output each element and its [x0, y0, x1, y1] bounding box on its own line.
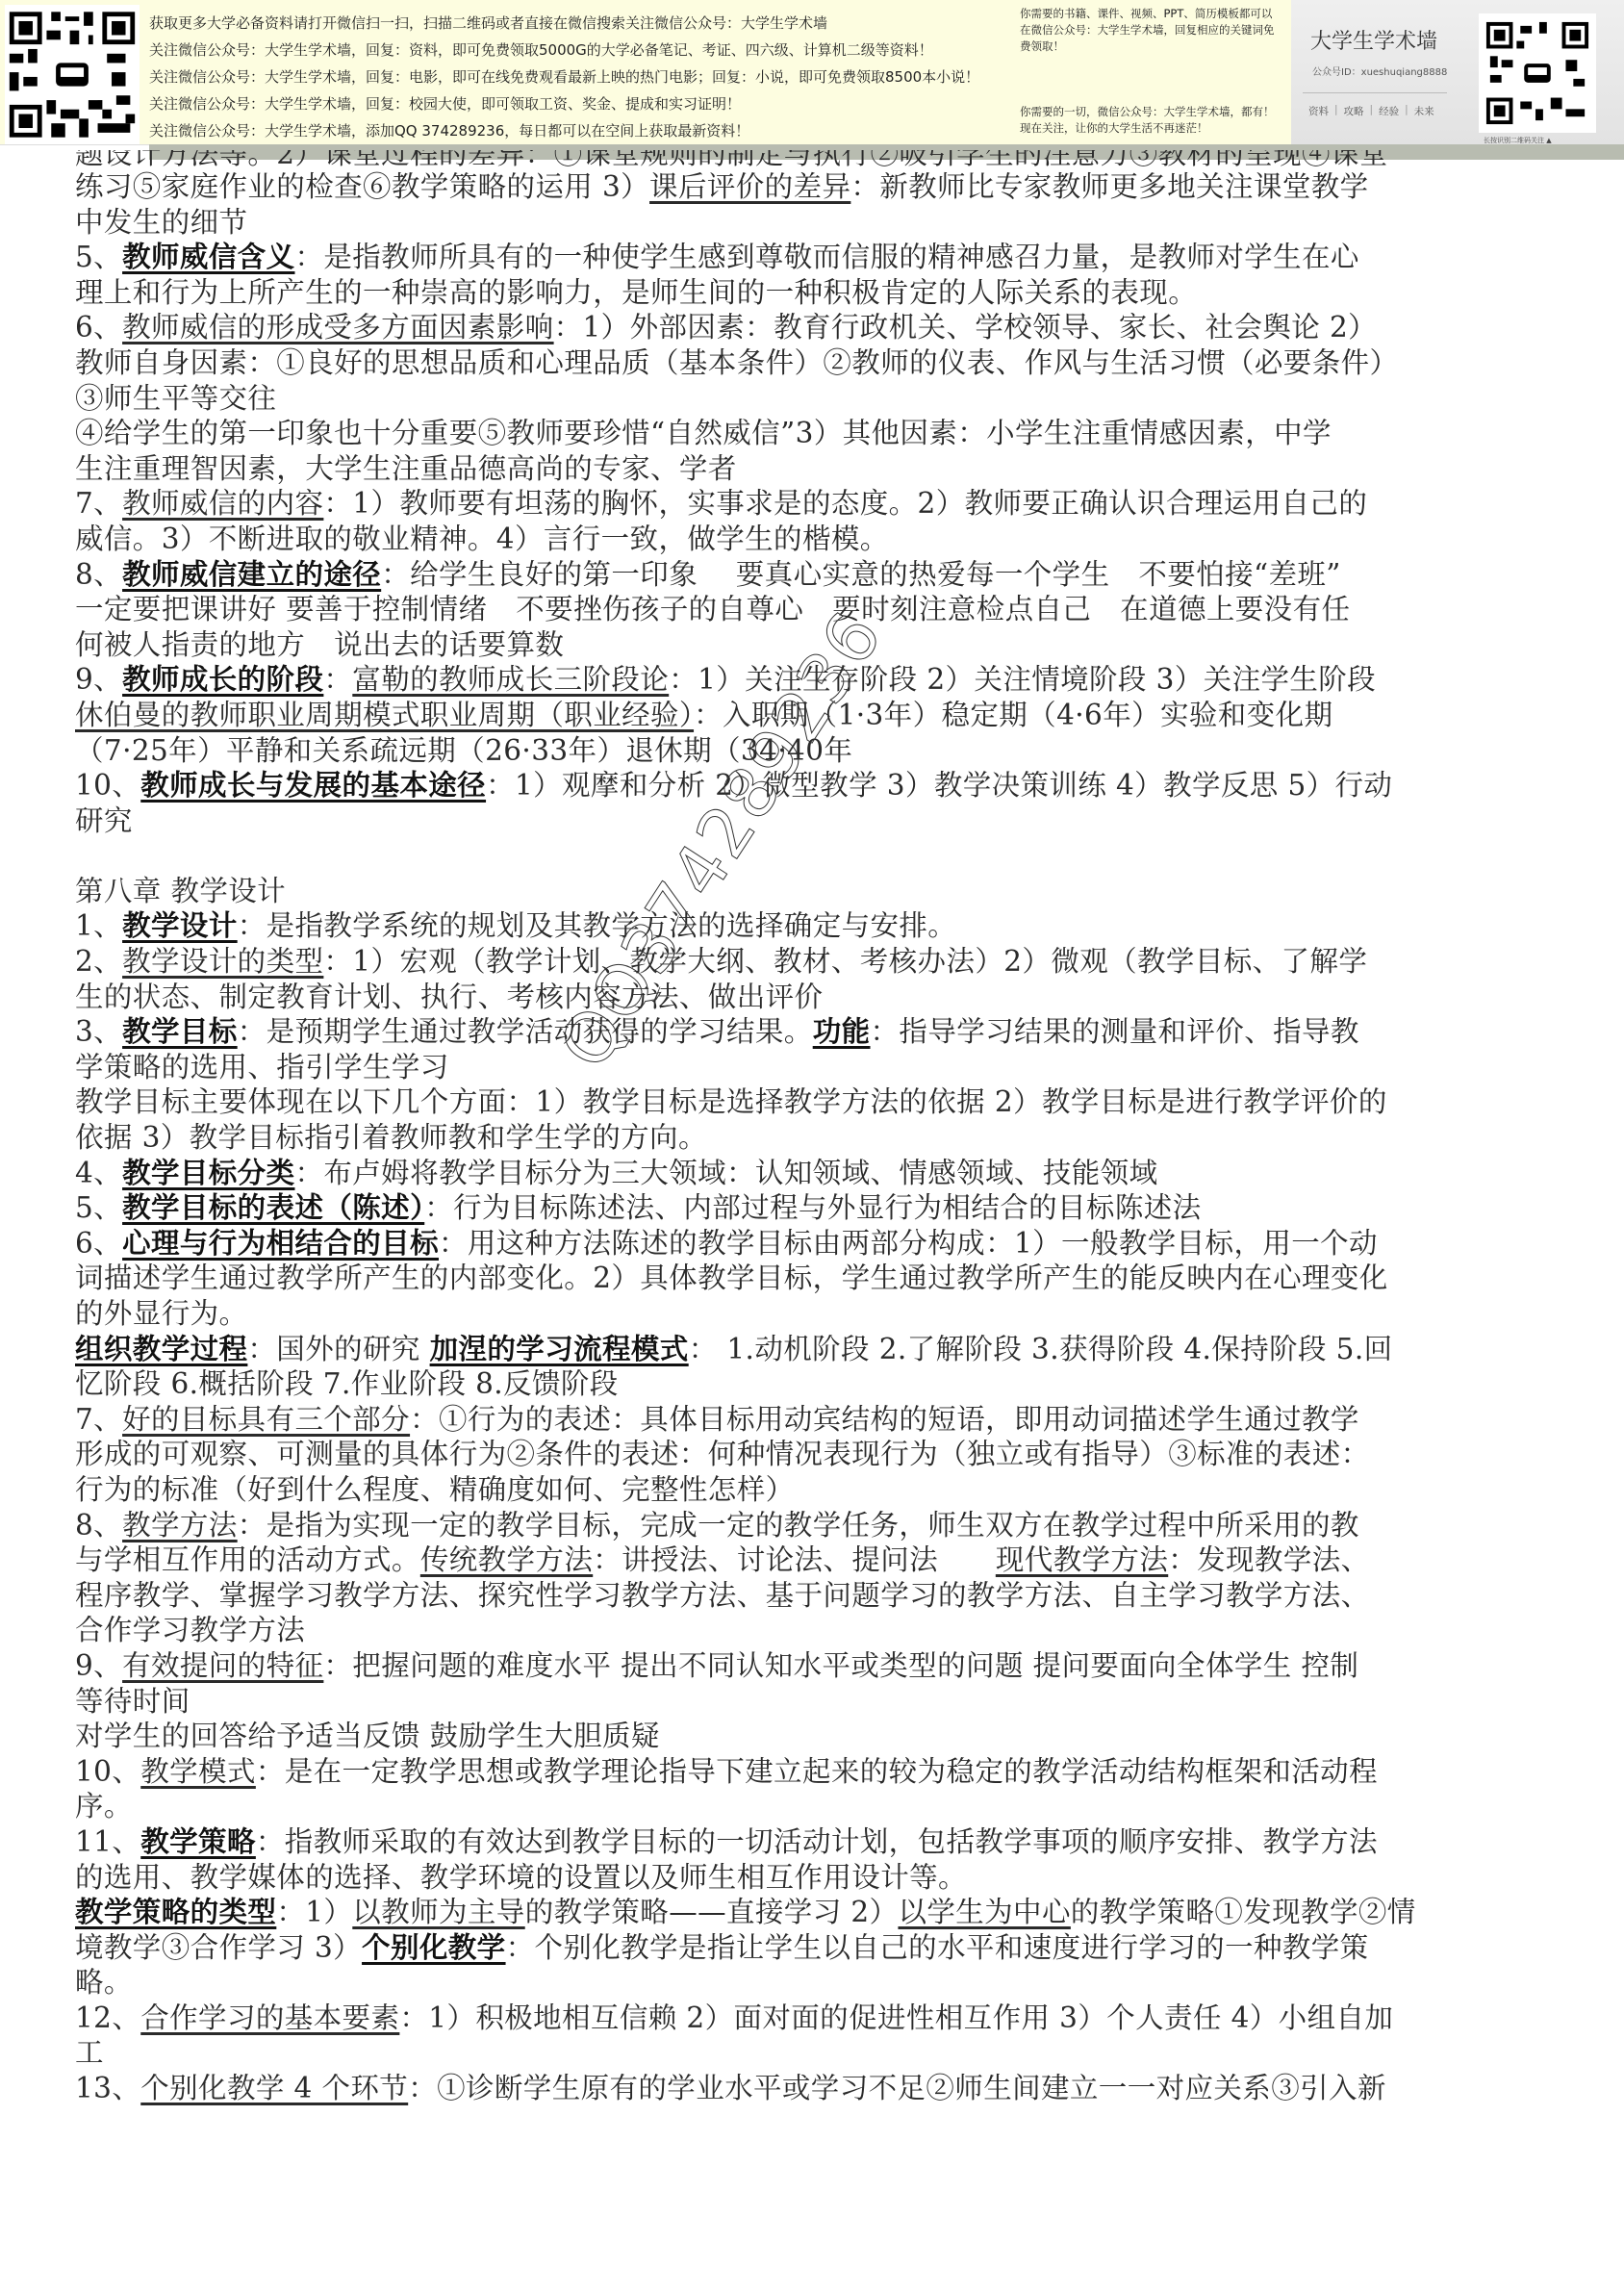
item-number: 10、 — [75, 1755, 140, 1788]
menu-item: 经验 — [1379, 104, 1399, 118]
term: 富勒的教师成长三阶段论 — [352, 663, 669, 696]
term: 教师威信含义 — [122, 240, 294, 273]
text-line: 中发生的细节 — [75, 205, 1557, 241]
text-line: 词描述学生通过教学所产生的内部变化。2）具体教学目标，学生通过教学所产生的能反映… — [75, 1261, 1557, 1296]
line-text: ：布卢姆将教学目标分为三大领域：认知领域、情感领域、技能领域 — [294, 1157, 1157, 1189]
line-text: ：给学生良好的第一印象 要真心实意的热爱每一个学生 不要怕接“差班” — [381, 558, 1341, 591]
item-number: 7、 — [75, 487, 122, 520]
divider — [1303, 92, 1447, 93]
separator: | — [1405, 104, 1408, 118]
term: 组织教学过程 — [75, 1332, 247, 1365]
promo-text-lines: 获取更多大学必备资料请打开微信扫一扫，扫描二维码或者直接在微信搜索关注微信公众号… — [149, 10, 996, 144]
text-line: （7·25年）平静和关系疏远期（26·33年）退休期（34·40年 — [75, 733, 1557, 769]
item-number: 1、 — [75, 909, 122, 942]
item-number: 12、 — [75, 2001, 140, 2034]
text-line: 依据 3）教学目标指引着教师教和学生学的方向。 — [75, 1120, 1557, 1156]
term: 教学策略 — [140, 1824, 256, 1858]
qr-code-left — [5, 5, 140, 144]
text-line: 对学生的回答给予适当反馈 鼓励学生大胆质疑 — [75, 1719, 1557, 1754]
item-number: 11、 — [75, 1825, 140, 1858]
ch8-item-2: 2、教学设计的类型：1）宏观（教学计划、教学大纲、教材、考核办法）2）微观（教学… — [75, 944, 1557, 980]
ch8-item-1: 1、教学设计：是指教学系统的规划及其教学方法的选择确定与安排。 — [75, 908, 1557, 944]
promo-line: 关注微信公众号：大学生学术墙，回复：资料，即可免费领取5000G的大学必备笔记、… — [149, 37, 996, 64]
promo-banner: 获取更多大学必备资料请打开微信扫一扫，扫描二维码或者直接在微信搜索关注微信公众号… — [0, 0, 1624, 144]
spacer — [75, 838, 1557, 874]
item-number: 2、 — [75, 945, 122, 978]
term: 以教师为主导 — [352, 1896, 524, 1928]
line-text: ：1）教师要有坦荡的胸怀，实事求是的态度。2）教师要正确认识合理运用自己的 — [323, 487, 1367, 520]
term: 现代教学方法 — [996, 1543, 1168, 1576]
line-text: ：把握问题的难度水平 提出不同认知水平或类型的问题 提问要面向全体学生 控制 — [323, 1649, 1358, 1682]
term: 个别化教学 — [362, 1930, 506, 1964]
promo-line: 关注微信公众号：大学生学术墙，回复：校园大使，即可领取工资、奖金、提成和实习证明… — [149, 90, 996, 117]
term: 教学模式 — [140, 1755, 256, 1788]
item-7: 7、教师威信的内容：1）教师要有坦荡的胸怀，实事求是的态度。2）教师要正确认识合… — [75, 486, 1557, 522]
text-line: 等待时间 — [75, 1684, 1557, 1720]
line-text: ：国外的研究 — [247, 1333, 429, 1365]
line-text: ： 1.动机阶段 2.了解阶段 3.获得阶段 4.保持阶段 5.回 — [689, 1333, 1393, 1365]
text-line: 休伯曼的教师职业周期模式职业周期（职业经验）：入职期（1·3年）稳定期（4·6年… — [75, 698, 1557, 733]
text-line: 行为的标准（好到什么程度、精确度如何、完整性怎样） — [75, 1472, 1557, 1508]
qr-code-right — [1479, 13, 1596, 133]
account-menu: 资料| 攻略| 经验| 未来 — [1308, 104, 1434, 118]
item-6: 6、教师威信的形成受多方面因素影响：1）外部因素：教育行政机关、学校领导、家长、… — [75, 310, 1557, 345]
term: 教学目标 — [122, 1014, 238, 1048]
text-line: 的外显行为。 — [75, 1296, 1557, 1332]
text-line: 一定要把课讲好 要善于控制情绪 不要挫伤孩子的自尊心 要时刻注意检点自己 在道德… — [75, 592, 1557, 627]
text-line: 生注重理智因素，大学生注重品德高尚的专家、学者 — [75, 451, 1557, 487]
term: 传统教学方法 — [420, 1543, 593, 1576]
line-text: ：1）观摩和分析 2）微型教学 3）教学决策训练 4）教学反思 5）行动 — [486, 769, 1392, 802]
line-text: ：新教师比专家教师更多地关注课堂教学 — [850, 170, 1368, 203]
line-text: 的教学策略——直接学习 2） — [525, 1896, 899, 1928]
line-text: ：1） — [276, 1896, 352, 1928]
promo-note-top: 你需要的书籍、课件、视频、PPT、简历模板都可以在微信公众号：大学生学术墙，回复… — [1020, 6, 1280, 55]
menu-item: 攻略 — [1344, 104, 1364, 118]
text-line: 略。 — [75, 1965, 1557, 2001]
text-line: 境教学③合作学习 3）个别化教学：个别化教学是指让学生以自己的水平和速度进行学习… — [75, 1930, 1557, 1966]
line-text: ：指教师采取的有效达到教学目标的一切活动计划，包括教学事项的顺序安排、教学方法 — [256, 1825, 1378, 1858]
promo-line: 关注微信公众号：大学生学术墙，回复：电影，即可在线免费观看最新上映的热门电影；回… — [149, 64, 996, 90]
account-card: 大学生学术墙 公众号ID：xueshuqiang8888 资料| 攻略| 经验|… — [1291, 0, 1624, 146]
ch8-item-5: 5、教学目标的表述（陈述）：行为目标陈述法、内部过程与外显行为相结合的目标陈述法 — [75, 1190, 1557, 1226]
account-id: 公众号ID：xueshuqiang8888 — [1312, 64, 1447, 78]
line-text: ：发现教学法、 — [1168, 1543, 1369, 1576]
text-line: 教学目标主要体现在以下几个方面：1）教学目标是选择教学方法的依据 2）教学目标是… — [75, 1084, 1557, 1120]
ch8-item-3: 3、教学目标：是预期学生通过教学活动获得的学习结果。功能：指导学习结果的测量和评… — [75, 1014, 1557, 1050]
term: 教学设计 — [122, 908, 238, 942]
item-number: 8、 — [75, 1509, 122, 1542]
item-8: 8、教师威信建立的途径：给学生良好的第一印象 要真心实意的热爱每一个学生 不要怕… — [75, 557, 1557, 593]
item-number: 9、 — [75, 663, 122, 696]
ch8-item-12: 12、合作学习的基本要素：1）积极地相互信赖 2）面对面的促进性相互作用 3）个… — [75, 2001, 1557, 2036]
line-text: ：指导学习结果的测量和评价、指导教 — [871, 1015, 1359, 1048]
line-text: ： — [323, 663, 352, 696]
separator: | — [1370, 104, 1374, 118]
term: 心理与行为相结合的目标 — [122, 1226, 439, 1260]
term: 有效提问的特征 — [122, 1649, 323, 1682]
term: 教学方法 — [122, 1509, 238, 1542]
term: 以学生为中心 — [898, 1896, 1070, 1928]
line-text: ：行为目标陈述法、内部过程与外显行为相结合的目标陈述法 — [424, 1191, 1201, 1224]
line-text: ：个别化教学是指让学生以自己的水平和速度进行学习的一种教学策 — [506, 1931, 1369, 1964]
item-10: 10、教师成长与发展的基本途径：1）观摩和分析 2）微型教学 3）教学决策训练 … — [75, 768, 1557, 803]
line-text: ：是指教学系统的规划及其教学方法的选择确定与安排。 — [238, 909, 957, 942]
text-line: 与学相互作用的活动方式。传统教学方法：讲授法、讨论法、提问法 现代教学方法：发现… — [75, 1542, 1557, 1578]
term: 教学目标分类 — [122, 1156, 294, 1189]
item-number: 6、 — [75, 311, 122, 344]
ch8-item-13: 13、个别化教学 4 个环节：①诊断学生原有的学业水平或学习不足②师生间建立一一… — [75, 2071, 1557, 2106]
term: 教师威信的形成受多方面因素影响 — [122, 311, 554, 344]
line-text: ：1）外部因素：教育行政机关、学校领导、家长、社会舆论 2） — [554, 311, 1377, 344]
item-number: 8、 — [75, 558, 122, 591]
text-line: 理上和行为上所产生的一种崇高的影响力，是师生间的一种积极肯定的人际关系的表现。 — [75, 275, 1557, 311]
text-line: 忆阶段 6.概括阶段 7.作业阶段 8.反馈阶段 — [75, 1366, 1557, 1402]
text-line: ③师生平等交往 — [75, 381, 1557, 417]
term: 个别化教学 4 个环节 — [140, 2072, 408, 2104]
term: 教师威信建立的途径 — [122, 557, 381, 591]
menu-item: 资料 — [1308, 104, 1329, 118]
line-text: 的教学策略①发现教学②情 — [1071, 1896, 1416, 1928]
term: 教学目标的表述（陈述） — [122, 1190, 424, 1224]
text-line: 的选用、教学媒体的选择、教学环境的设置以及师生相互作用设计等。 — [75, 1860, 1557, 1896]
text-line: 练习⑤家庭作业的检查⑥教学策略的运用 3）课后评价的差异：新教师比专家教师更多地… — [75, 169, 1557, 205]
ch8-item-7: 7、好的目标具有三个部分：①行为的表述：具体目标用动宾结构的短语，即用动词描述学… — [75, 1402, 1557, 1438]
separator: | — [1334, 104, 1338, 118]
line-text: ：是指教师所具有的一种使学生感到尊敬而信服的精神感召力量，是教师对学生在心 — [294, 241, 1358, 273]
text-line: 题设计方法等。2）课堂过程的差异：①课堂规则的制定与执行②吸引学生的注意力③教材… — [75, 150, 1557, 169]
term: 教学设计的类型 — [122, 945, 323, 978]
line-text: ：入职期（1·3年）稳定期（4·6年）实验和变化期 — [694, 699, 1332, 731]
item-number: 9、 — [75, 1649, 122, 1682]
ch8-item-11: 11、教学策略：指教师采取的有效达到教学目标的一切活动计划，包括教学事项的顺序安… — [75, 1824, 1557, 1860]
ch8-item-10: 10、教学模式：是在一定教学思想或教学理论指导下建立起来的较为稳定的教学活动结构… — [75, 1754, 1557, 1790]
item-number: 5、 — [75, 1191, 122, 1224]
organize-teaching: 组织教学过程：国外的研究 加涅的学习流程模式： 1.动机阶段 2.了解阶段 3.… — [75, 1332, 1557, 1367]
item-5: 5、教师威信含义：是指教师所具有的一种使学生感到尊敬而信服的精神感召力量，是教师… — [75, 240, 1557, 275]
text-line: 生的状态、制定教育计划、执行、考核内容方法、做出评价 — [75, 980, 1557, 1015]
line-text: ：1）关注生存阶段 2）关注情境阶段 3）关注学生阶段 — [669, 663, 1376, 696]
item-number: 4、 — [75, 1157, 122, 1189]
term: 休伯曼的教师职业周期模式职业周期（职业经验） — [75, 699, 694, 731]
chapter-title: 第八章 教学设计 — [75, 874, 1557, 909]
ch8-item-6: 6、心理与行为相结合的目标：用这种方法陈述的教学目标由两部分构成：1）一般教学目… — [75, 1226, 1557, 1262]
line-text: ：是指为实现一定的教学目标，完成一定的教学任务，师生双方在教学过程中所采用的教 — [238, 1509, 1359, 1542]
menu-item: 未来 — [1414, 104, 1434, 118]
promo-note-bottom: 你需要的一切，微信公众号：大学生学术墙，都有！现在关注，让你的大学生活不再迷茫！ — [1020, 104, 1280, 137]
text-line: 工 — [75, 2035, 1557, 2071]
text-line: 教师自身因素：①良好的思想品质和心理品质（基本条件）②教师的仪表、作风与生活习惯… — [75, 345, 1557, 381]
text-line: 何被人指责的地方 说出去的话要算数 — [75, 627, 1557, 663]
line-text: 与学相互作用的活动方式。 — [75, 1543, 420, 1576]
promo-line: 关注微信公众号：大学生学术墙，添加QQ 374289236，每日都可以在空间上获… — [149, 117, 996, 144]
account-name: 大学生学术墙 — [1310, 25, 1437, 55]
line-text: ：①诊断学生原有的学业水平或学习不足②师生间建立一一对应关系③引入新 — [408, 2072, 1386, 2104]
term: 功能 — [813, 1014, 871, 1048]
term: 教学策略的类型 — [75, 1895, 276, 1928]
line-text: ：1）宏观（教学计划、教学大纲、教材、考核办法）2）微观（教学目标、了解学 — [323, 945, 1367, 978]
text-line: 威信。3）不断进取的敬业精神。4）言行一致，做学生的楷模。 — [75, 522, 1557, 557]
ch8-item-4: 4、教学目标分类：布卢姆将教学目标分为三大领域：认知领域、情感领域、技能领域 — [75, 1156, 1557, 1191]
term: 教师成长与发展的基本途径 — [140, 768, 486, 802]
text-line: 程序教学、掌握学习教学方法、探究性学习教学方法、基于问题学习的教学方法、自主学习… — [75, 1578, 1557, 1614]
text-line: ④给学生的第一印象也十分重要⑤教师要珍惜“自然威信”3）其他因素：小学生注重情感… — [75, 416, 1557, 451]
line-text: 境教学③合作学习 3） — [75, 1931, 362, 1964]
line-text: ：讲授法、讨论法、提问法 — [593, 1543, 996, 1576]
promo-line: 获取更多大学必备资料请打开微信扫一扫，扫描二维码或者直接在微信搜索关注微信公众号… — [149, 10, 996, 37]
ch8-item-9: 9、有效提问的特征：把握问题的难度水平 提出不同认知水平或类型的问题 提问要面向… — [75, 1648, 1557, 1684]
item-number: 5、 — [75, 241, 122, 273]
line-text: ：是在一定教学思想或教学理论指导下建立起来的较为稳定的教学活动结构框架和活动程 — [256, 1755, 1378, 1788]
term: 教师威信的内容 — [122, 487, 323, 520]
line-text: ：①行为的表述：具体目标用动宾结构的短语，即用动词描述学生通过教学 — [410, 1403, 1359, 1436]
item-number: 7、 — [75, 1403, 122, 1436]
item-number: 3、 — [75, 1015, 122, 1048]
qr-code-icon — [1483, 17, 1592, 129]
strategy-types: 教学策略的类型：1）以教师为主导的教学策略——直接学习 2）以学生为中心的教学策… — [75, 1895, 1557, 1930]
item-number: 13、 — [75, 2072, 140, 2104]
line-text: ：1）积极地相互信赖 2）面对面的促进性相互作用 3）个人责任 4）小组自加 — [399, 2001, 1393, 2034]
item-9: 9、教师成长的阶段：富勒的教师成长三阶段论：1）关注生存阶段 2）关注情境阶段 … — [75, 662, 1557, 698]
item-number: 6、 — [75, 1227, 122, 1260]
text-line: 研究 — [75, 803, 1557, 839]
line-text: ：用这种方法陈述的教学目标由两部分构成：1）一般教学目标，用一个动 — [439, 1227, 1378, 1260]
qr-code-icon — [5, 5, 140, 144]
ch8-item-8: 8、教学方法：是指为实现一定的教学目标，完成一定的教学任务，师生双方在教学过程中… — [75, 1508, 1557, 1543]
text-line: 学策略的选用、指引学生学习 — [75, 1050, 1557, 1085]
term: 加涅的学习流程模式 — [430, 1332, 689, 1365]
text-line: 形成的可观察、可测量的具体行为②条件的表述：何种情况表现行为（独立或有指导）③标… — [75, 1437, 1557, 1472]
text-line: 合作学习教学方法 — [75, 1613, 1557, 1648]
item-number: 10、 — [75, 769, 140, 802]
document-body: 题设计方法等。2）课堂过程的差异：①课堂规则的制定与执行②吸引学生的注意力③教材… — [75, 150, 1557, 2106]
text-line: 序。 — [75, 1789, 1557, 1824]
term: 好的目标具有三个部分 — [122, 1403, 410, 1436]
term: 合作学习的基本要素 — [140, 2001, 399, 2034]
term: 教师成长的阶段 — [122, 662, 323, 696]
line-text: ：是预期学生通过教学活动获得的学习结果。 — [238, 1015, 813, 1048]
line-text: 练习⑤家庭作业的检查⑥教学策略的运用 3） — [75, 170, 649, 203]
term: 课后评价的差异 — [649, 170, 850, 203]
line-text: 题设计方法等。2）课堂过程的差异：①课堂规则的制定与执行②吸引学生的注意力③教材… — [75, 150, 1388, 169]
